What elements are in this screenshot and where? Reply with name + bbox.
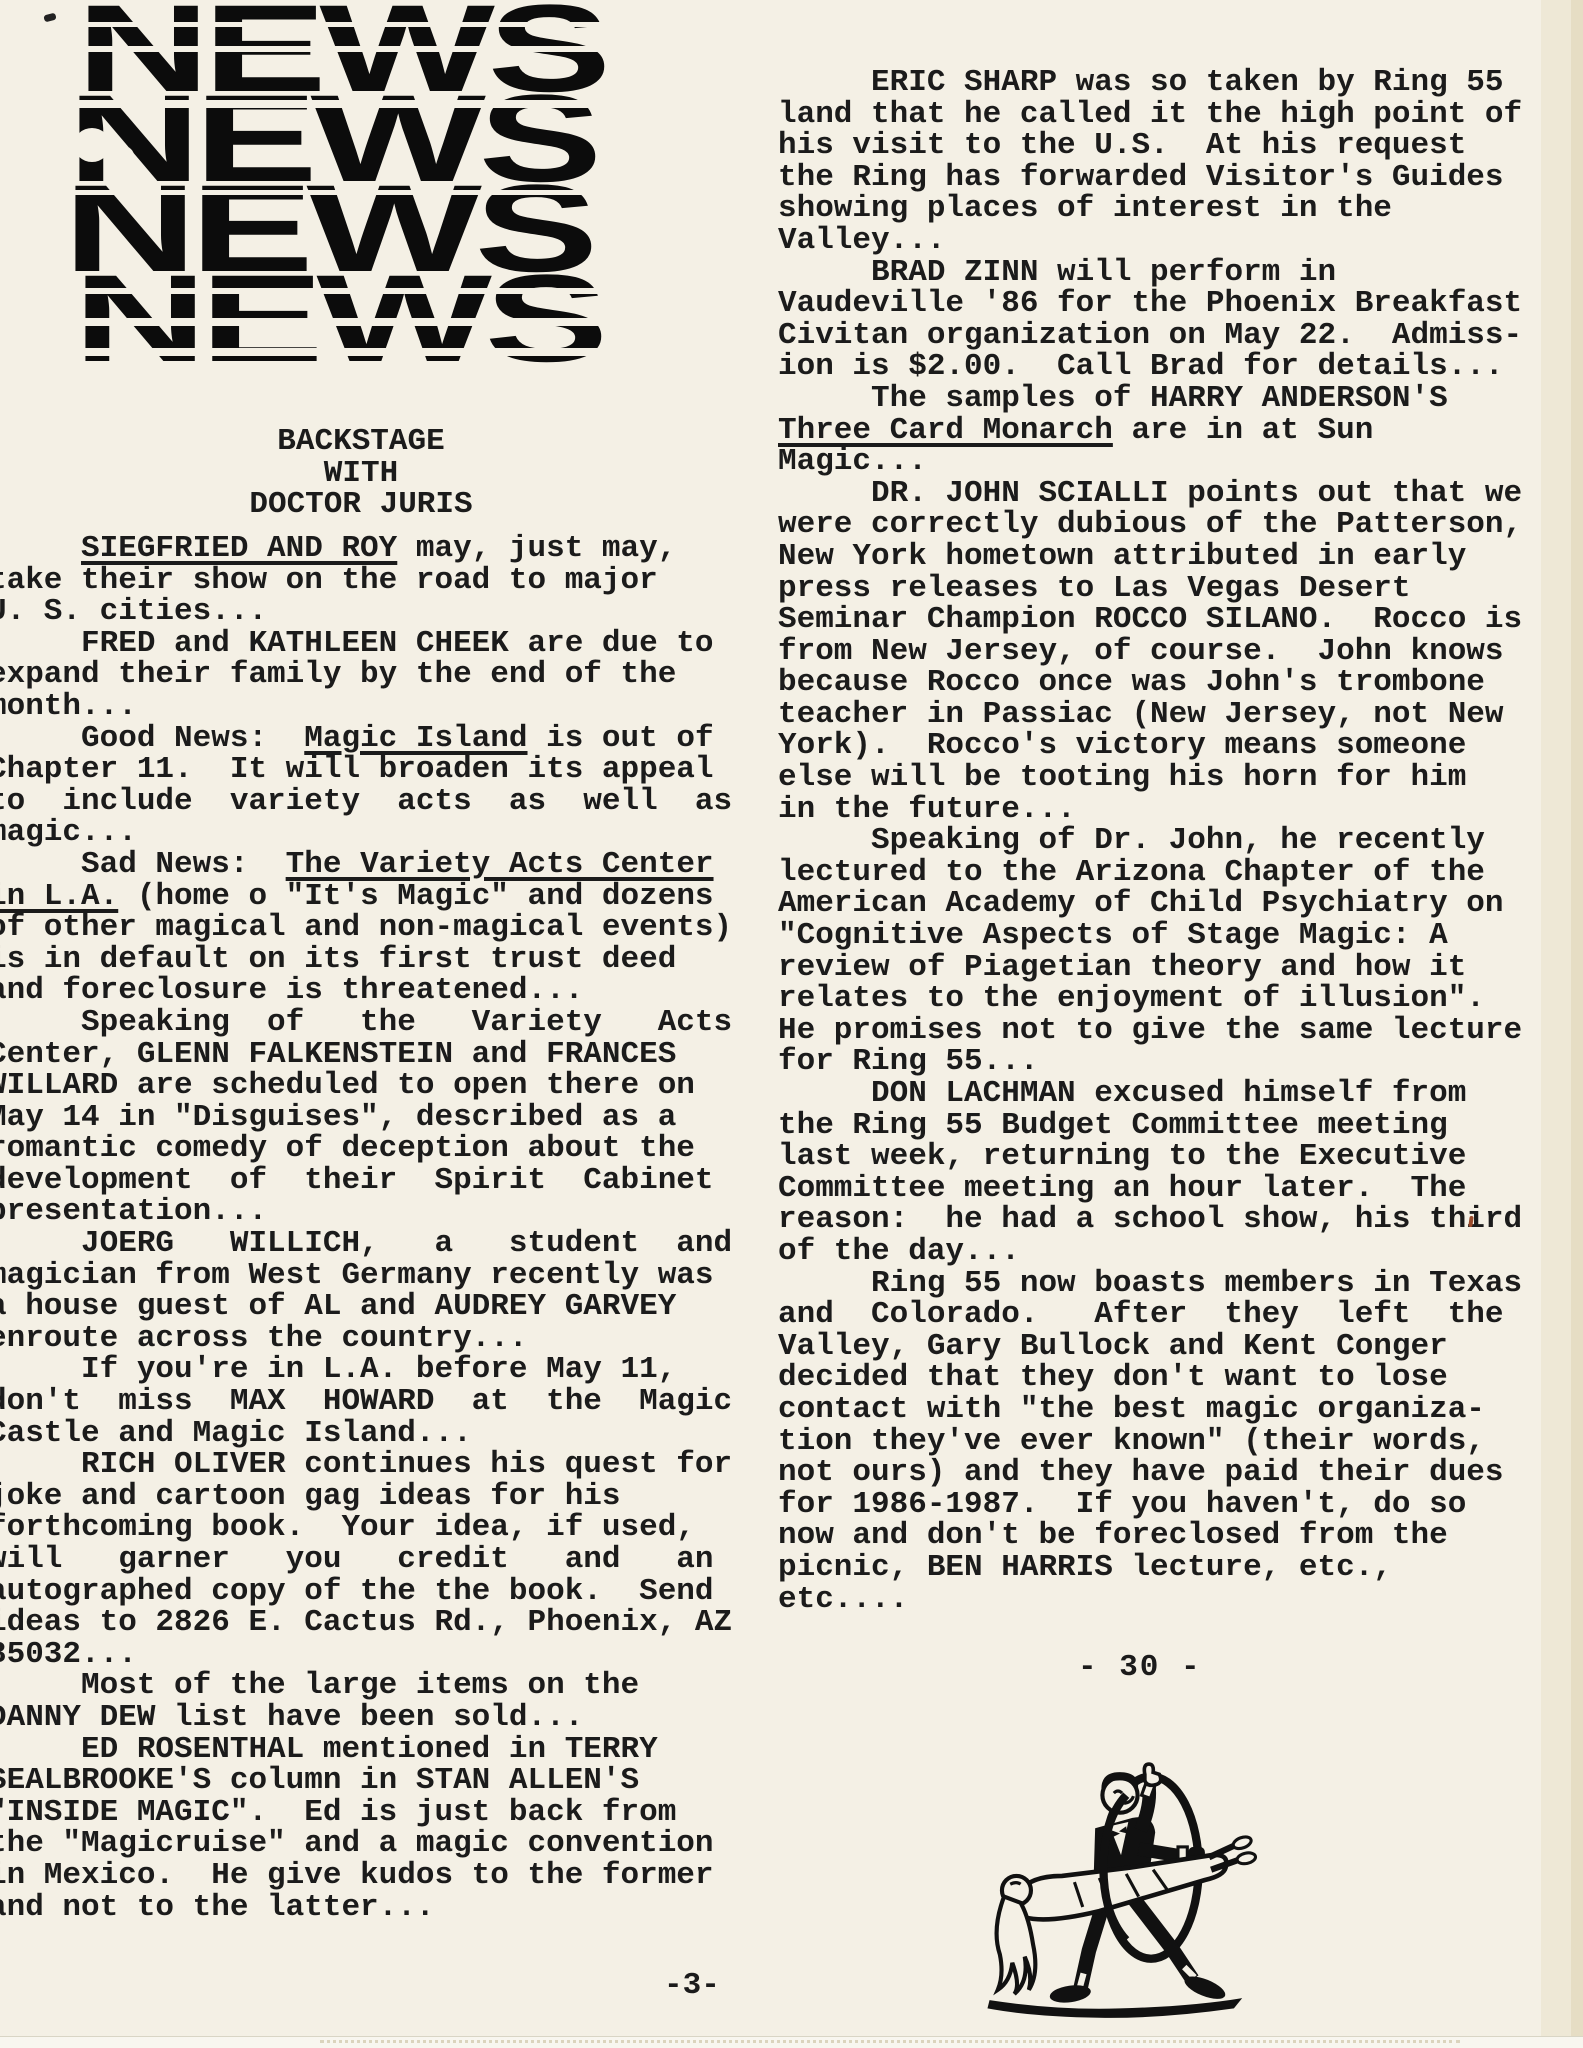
newsletter-page: NEWS NEWS NEWS NEWS BACKSTAGE WITH DOCTO…: [0, 0, 1583, 2048]
heading-line: WITH: [0, 458, 734, 490]
logo-stripe-gap: [62, 22, 650, 27]
logo-stripe-gap: [62, 318, 650, 326]
scan-dots: [320, 2040, 1460, 2043]
end-of-story-mark: - 30 -: [1078, 1652, 1202, 1684]
right-column-text: ERIC SHARP was so taken by Ring 55 land …: [778, 67, 1522, 1615]
scan-blotch: [112, 146, 134, 166]
heading-line: DOCTOR JURIS: [0, 489, 734, 521]
column-heading: BACKSTAGE WITH DOCTOR JURIS: [0, 426, 734, 521]
news-logo: NEWS NEWS NEWS NEWS: [62, 4, 650, 372]
magician-illustration: [975, 1733, 1265, 2025]
logo-stripe-gap: [62, 348, 650, 356]
hand-thumb-up: [1144, 1764, 1160, 1785]
scan-edge: [1571, 0, 1583, 2048]
logo-stripe-gap: [62, 46, 650, 52]
logo-stripe-gap: [62, 288, 650, 294]
scan-edge: [1541, 0, 1571, 2048]
logo-stripe-gap: [62, 190, 650, 195]
heading-line: BACKSTAGE: [0, 426, 734, 458]
ink-speck: [43, 13, 56, 23]
scan-blotch: [74, 128, 110, 162]
logo-stripe-gap: [62, 100, 650, 108]
ground-shadow: [987, 1998, 1242, 2018]
left-column-text: SIEGFRIED AND ROY may, just may, take th…: [0, 533, 732, 1923]
page-number: -3-: [664, 1970, 720, 2002]
